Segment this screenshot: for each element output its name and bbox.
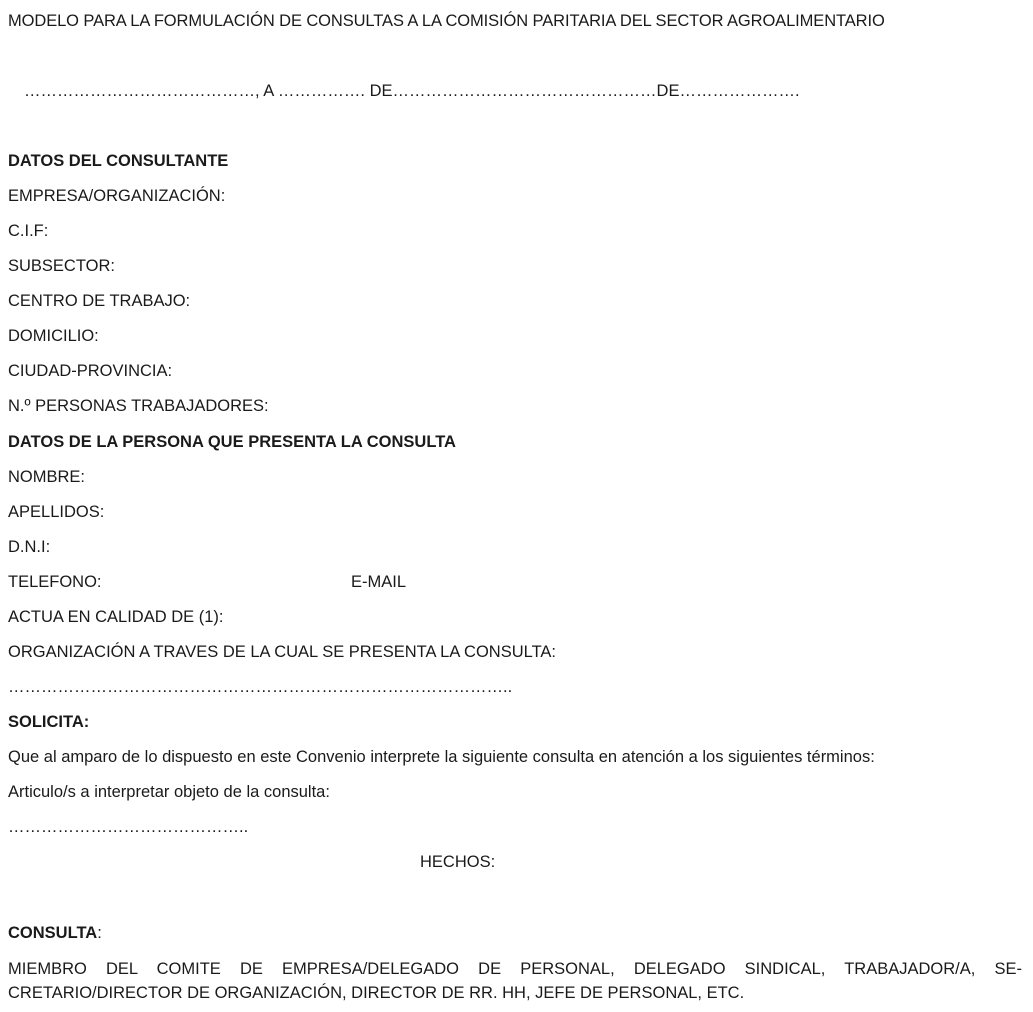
solicita-heading: SOLICITA: (8, 712, 89, 732)
field-apellidos: APELLIDOS: (8, 502, 104, 522)
consultante-heading: DATOS DEL CONSULTANTE (8, 151, 228, 171)
articulos-label: Articulo/s a interpretar objeto de la co… (8, 782, 330, 802)
consulta-heading-row: CONSULTA: (8, 923, 102, 943)
field-actua-calidad: ACTUA EN CALIDAD DE (1): (8, 607, 223, 627)
field-nombre: NOMBRE: (8, 467, 85, 487)
field-num-trabajadores: N.º PERSONAS TRABAJADORES: (8, 396, 269, 416)
field-cif: C.I.F: (8, 221, 48, 241)
hechos-heading: HECHOS: (420, 852, 495, 872)
solicita-text: Que al amparo de lo dispuesto en este Co… (8, 747, 875, 767)
field-organizacion: ORGANIZACIÓN A TRAVES DE LA CUAL SE PRES… (8, 642, 556, 662)
organizacion-blank-line: ……………………………………………………………………………….. (8, 677, 512, 697)
document-title: MODELO PARA LA FORMULACIÓN DE CONSULTAS … (8, 11, 885, 31)
persona-heading: DATOS DE LA PERSONA QUE PRESENTA LA CONS… (8, 432, 456, 452)
field-subsector: SUBSECTOR: (8, 256, 115, 276)
field-domicilio: DOMICILIO: (8, 326, 99, 346)
date-place-line: ……………………………………, A ……………. DE…………………………………… (24, 81, 800, 101)
contact-row: TELEFONO: E-MAIL (8, 572, 1008, 592)
footnote-text: MIEMBRO DEL COMITE DE EMPRESA/DELEGADO D… (8, 957, 1022, 1005)
field-empresa: EMPRESA/ORGANIZACIÓN: (8, 186, 225, 206)
field-telefono: TELEFONO: (8, 573, 102, 591)
field-dni: D.N.I: (8, 537, 50, 557)
consulta-heading: CONSULTA (8, 924, 97, 942)
field-centro-trabajo: CENTRO DE TRABAJO: (8, 291, 190, 311)
articulos-blank-line: …………………………………….. (8, 817, 248, 837)
field-ciudad-provincia: CIUDAD-PROVINCIA: (8, 361, 172, 381)
consulta-colon: : (97, 924, 102, 942)
field-email: E-MAIL (351, 572, 406, 592)
